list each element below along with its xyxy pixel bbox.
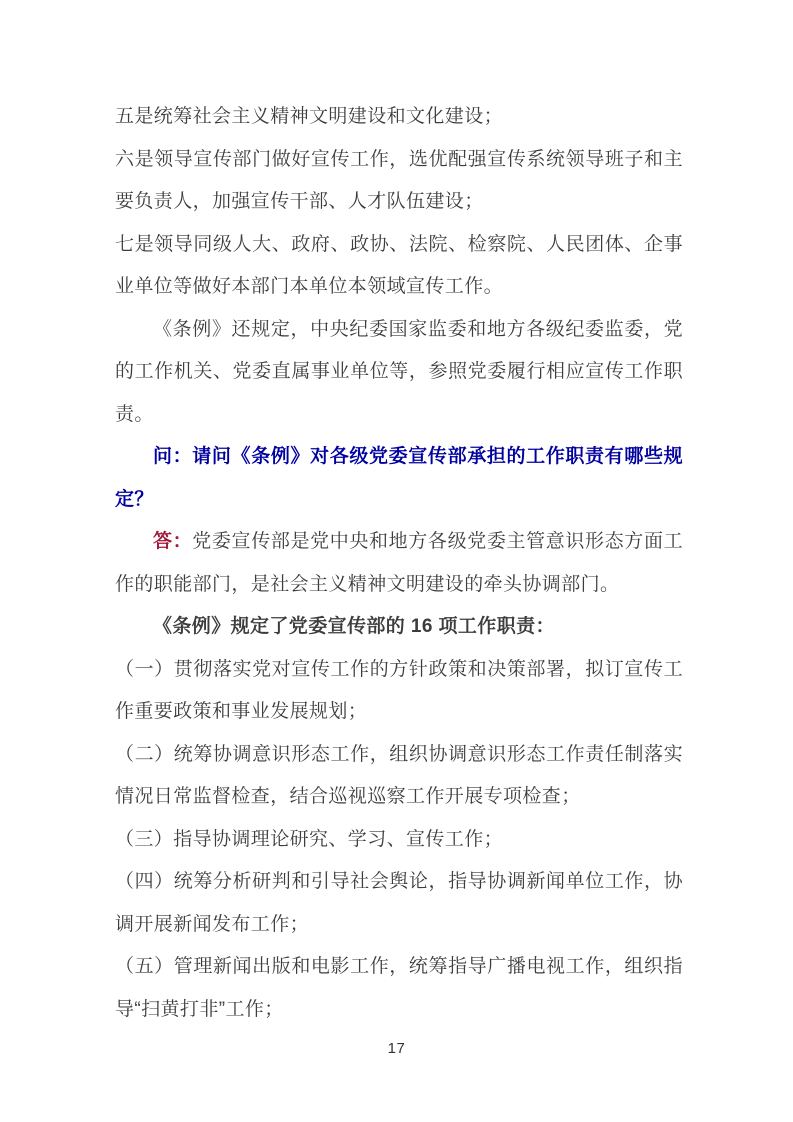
text-line: （二）统筹协调意识形态工作，组织协调意识形态工作责任制落实 xyxy=(115,734,683,777)
body-text: 调开展新闻发布工作； xyxy=(115,914,309,935)
body-text: 《条例》还规定，中央纪委国家监委和地方各级纪委监委，党 xyxy=(153,319,683,340)
body-text: 导“扫黄打非”工作； xyxy=(115,999,284,1020)
body-text: 《条例》规定了党委宣传部的 16 项工作职责： xyxy=(153,616,555,637)
body-text: （三）指导协调理论研究、学习、宣传工作； xyxy=(115,829,503,850)
body-text: 五是统筹社会主义精神文明建设和文化建设； xyxy=(115,106,503,127)
body-text: 的工作机关、党委直属事业单位等，参照党委履行相应宣传工作职 xyxy=(115,361,683,382)
body-text: 党委宣传部是党中央和地方各级党委主管意识形态方面工 xyxy=(192,531,683,552)
text-line: 五是统筹社会主义精神文明建设和文化建设； xyxy=(115,96,683,139)
text-line: 作的职能部门，是社会主义精神文明建设的牵头协调部门。 xyxy=(115,564,683,607)
text-line: 导“扫黄打非”工作； xyxy=(115,989,683,1032)
body-text: 业单位等做好本部门本单位本领域宣传工作。 xyxy=(115,276,503,297)
body-text: （二）统筹协调意识形态工作，组织协调意识形态工作责任制落实 xyxy=(115,744,683,765)
body-text: 要负责人，加强宣传干部、人才队伍建设； xyxy=(115,191,484,212)
text-line: 要负责人，加强宣传干部、人才队伍建设； xyxy=(115,181,683,224)
text-line: （三）指导协调理论研究、学习、宣传工作； xyxy=(115,819,683,862)
body-text: 六是领导宣传部门做好宣传工作，选优配强宣传系统领导班子和主 xyxy=(115,149,683,170)
body-text: 情况日常监督检查，结合巡视巡察工作开展专项检查； xyxy=(115,786,581,807)
body-text: 责。 xyxy=(115,404,154,425)
page-number: 17 xyxy=(0,1040,793,1057)
document-body: 五是统筹社会主义精神文明建设和文化建设；六是领导宣传部门做好宣传工作，选优配强宣… xyxy=(115,96,683,1031)
text-line: 情况日常监督检查，结合巡视巡察工作开展专项检查； xyxy=(115,776,683,819)
text-line: 《条例》规定了党委宣传部的 16 项工作职责： xyxy=(115,606,683,649)
text-line: 《条例》还规定，中央纪委国家监委和地方各级纪委监委，党 xyxy=(115,309,683,352)
body-text: 作的职能部门，是社会主义精神文明建设的牵头协调部门。 xyxy=(115,574,619,595)
text-line: 七是领导同级人大、政府、政协、法院、检察院、人民团体、企事 xyxy=(115,224,683,267)
text-line: （一）贯彻落实党对宣传工作的方针政策和决策部署，拟订宣传工 xyxy=(115,649,683,692)
text-line: （五）管理新闻出版和电影工作，统筹指导广播电视工作，组织指 xyxy=(115,946,683,989)
text-line: 调开展新闻发布工作； xyxy=(115,904,683,947)
text-line: 业单位等做好本部门本单位本领域宣传工作。 xyxy=(115,266,683,309)
text-line: 的工作机关、党委直属事业单位等，参照党委履行相应宣传工作职 xyxy=(115,351,683,394)
question-text: 问：请问《条例》对各级党委宣传部承担的工作职责有哪些规 xyxy=(153,446,683,467)
text-line: 答：党委宣传部是党中央和地方各级党委主管意识形态方面工 xyxy=(115,521,683,564)
text-line: 定？ xyxy=(115,479,683,522)
body-text: （五）管理新闻出版和电影工作，统筹指导广播电视工作，组织指 xyxy=(115,956,683,977)
answer-text: 答： xyxy=(153,531,192,552)
text-line: 责。 xyxy=(115,394,683,437)
text-line: （四）统筹分析研判和引导社会舆论，指导协调新闻单位工作，协 xyxy=(115,861,683,904)
text-line: 问：请问《条例》对各级党委宣传部承担的工作职责有哪些规 xyxy=(115,436,683,479)
body-text: （四）统筹分析研判和引导社会舆论，指导协调新闻单位工作，协 xyxy=(115,871,683,892)
document-page: 五是统筹社会主义精神文明建设和文化建设；六是领导宣传部门做好宣传工作，选优配强宣… xyxy=(0,0,793,1122)
body-text: 作重要政策和事业发展规划； xyxy=(115,701,367,722)
text-line: 六是领导宣传部门做好宣传工作，选优配强宣传系统领导班子和主 xyxy=(115,139,683,182)
text-line: 作重要政策和事业发展规划； xyxy=(115,691,683,734)
body-text: （一）贯彻落实党对宣传工作的方针政策和决策部署，拟订宣传工 xyxy=(115,659,683,680)
question-text: 定？ xyxy=(115,489,154,510)
body-text: 七是领导同级人大、政府、政协、法院、检察院、人民团体、企事 xyxy=(115,234,683,255)
